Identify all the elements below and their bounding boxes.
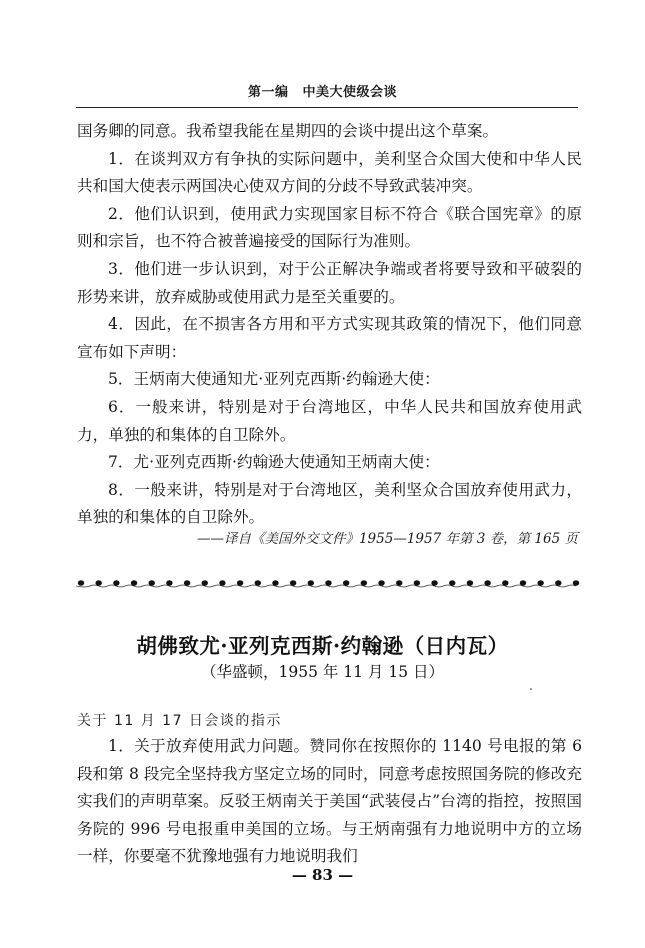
instruction-paragraph-1: 1．关于放弃使用武力问题。赞同你在按照你的 1140 号电报的第 6 段和第 8…	[77, 733, 582, 871]
statement-item-1: 1．在谈判双方有争执的实际问题中，美利坚合众国大使和中华人民共和国大使表示两国决…	[77, 146, 582, 201]
header-rule	[76, 107, 578, 108]
ornament-dot	[202, 580, 208, 586]
statement-item-4: 4．因此，在不损害各方用和平方式实现其政策的情况下，他们同意宣布如下声明：	[77, 311, 582, 366]
ornament-dot	[414, 580, 420, 586]
document-title: 胡佛致尤·亚列克西斯·约翰逊（日内瓦）	[0, 629, 645, 659]
ornament-dot	[396, 580, 402, 586]
ornament-dot	[95, 580, 101, 586]
ornament-dot	[449, 580, 455, 586]
ornament-dot	[484, 580, 490, 586]
ornament-dot	[255, 580, 261, 586]
ornament-dot	[308, 580, 314, 586]
statement-item-2: 2．他们认识到，使用武力实现国家目标不符合《联合国宪章》的原则和宗旨，也不符合被…	[77, 201, 582, 256]
ornament-dot	[467, 580, 473, 586]
ornament-dot	[343, 580, 349, 586]
instruction-heading: 关于 11 月 17 日会谈的指示	[77, 710, 282, 730]
ornament-dot	[166, 580, 172, 586]
statement-item-5: 5．王炳南大使通知尤·亚列克西斯·约翰逊大使：	[77, 366, 582, 394]
ornament-dot	[555, 580, 561, 586]
ornament-dot	[325, 580, 331, 586]
source-citation: ——译自《美国外交文件》1955—1957 年第 3 卷，第 165 页	[197, 527, 578, 547]
ornament-dot	[78, 580, 84, 586]
ornamental-divider	[76, 577, 581, 591]
ornament-dot	[237, 580, 243, 586]
ornament-dot	[537, 580, 543, 586]
running-header-part: 第一编	[248, 85, 289, 100]
ornament-dot	[113, 580, 119, 586]
draft-statement-text: 国务卿的同意。我希望我能在星期四的会谈中提出这个草案。 1．在谈判双方有争执的实…	[77, 118, 582, 532]
ornament-dot	[361, 580, 367, 586]
document-subtitle: （华盛顿，1955 年 11 月 15 日）	[0, 660, 645, 682]
ornament-dot	[290, 580, 296, 586]
statement-item-6: 6．一般来讲，特别是对于台湾地区，中华人民共和国放弃使用武力，单独的和集体的自卫…	[77, 394, 582, 449]
ornament-dot	[131, 580, 137, 586]
ornament-dot	[573, 580, 579, 586]
ornament-dot	[502, 580, 508, 586]
running-header-title: 中美大使级会谈	[303, 85, 398, 100]
ornament-dot	[272, 580, 278, 586]
ornament-dot	[431, 580, 437, 586]
ornament-dot	[184, 580, 190, 586]
continuation-paragraph: 国务卿的同意。我希望我能在星期四的会谈中提出这个草案。	[77, 118, 582, 146]
statement-item-7: 7．尤·亚列克西斯·约翰逊大使通知王炳南大使：	[77, 449, 582, 477]
running-header: 第一编中美大使级会谈	[0, 81, 645, 100]
ornament-dot	[378, 580, 384, 586]
statement-item-8: 8．一般来讲，特别是对于台湾地区，美利坚众合国放弃使用武力，单独的和集体的自卫除…	[77, 477, 582, 532]
print-speck	[530, 688, 532, 690]
page-number: — 83 —	[0, 866, 645, 884]
ornament-dot	[520, 580, 526, 586]
book-page: 第一编中美大使级会谈 国务卿的同意。我希望我能在星期四的会谈中提出这个草案。 1…	[0, 0, 645, 948]
ornament-dot	[219, 580, 225, 586]
statement-item-3: 3．他们进一步认识到，对于公正解决争端或者将要导致和平破裂的形势来讲，放弃威胁或…	[77, 256, 582, 311]
instruction-text: 1．关于放弃使用武力问题。赞同你在按照你的 1140 号电报的第 6 段和第 8…	[77, 733, 582, 871]
ornament-dot	[149, 580, 155, 586]
